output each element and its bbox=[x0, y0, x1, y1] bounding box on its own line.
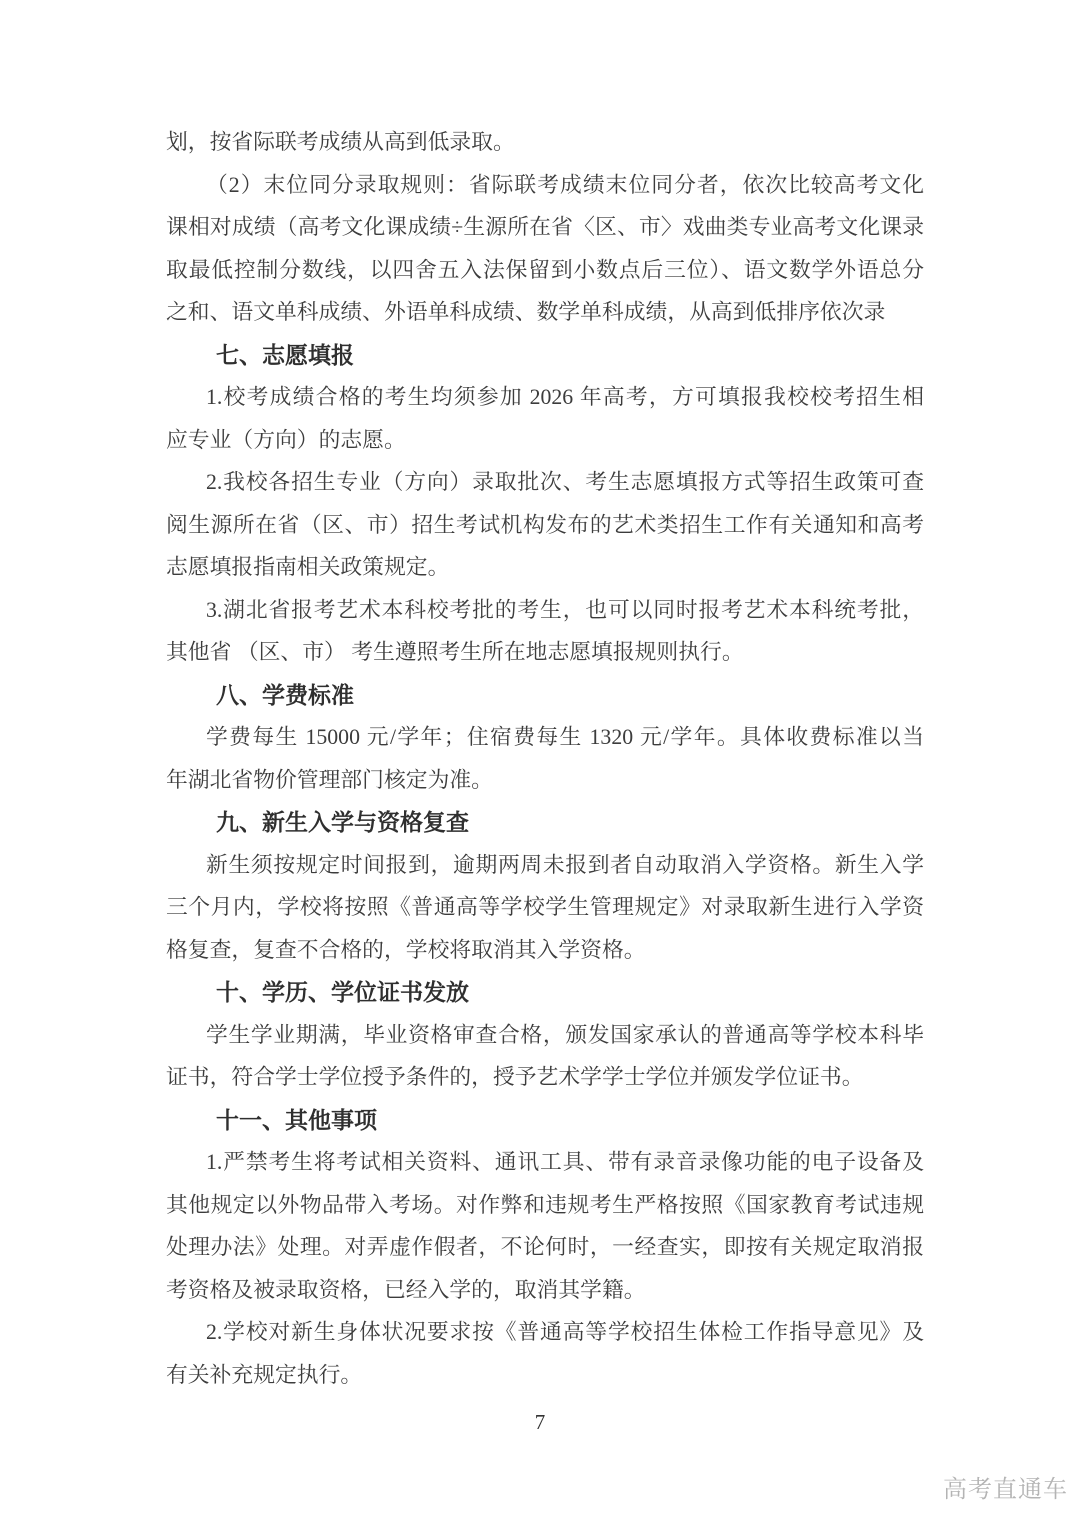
text-line: 取最低控制分数线，以四舍五入法保留到小数点后三位）、语文数学外语总分 bbox=[166, 249, 924, 292]
text-line: 证书，符合学士学位授予条件的，授予艺术学学士学位并颁发学位证书。 bbox=[166, 1056, 924, 1099]
text-line: 学生学业期满，毕业资格审查合格，颁发国家承认的普通高等学校本科毕业 bbox=[166, 1014, 924, 1057]
text-line: 格复查，复查不合格的，学校将取消其入学资格。 bbox=[166, 929, 924, 972]
text-line: （2）末位同分录取规则：省际联考成绩末位同分者，依次比较高考文化 bbox=[166, 164, 924, 207]
section-heading: 七、志愿填报 bbox=[166, 334, 924, 377]
text-line: 处理办法》处理。对弄虚作假者，不论何时，一经查实，即按有关规定取消报 bbox=[166, 1226, 924, 1269]
text-line: 新生须按规定时间报到，逾期两周未报到者自动取消入学资格。新生入学 bbox=[166, 844, 924, 887]
section-heading: 九、新生入学与资格复查 bbox=[166, 801, 924, 844]
text-line: 1.校考成绩合格的考生均须参加 2026 年高考，方可填报我校校考招生相 bbox=[166, 376, 924, 419]
page-number: 7 bbox=[0, 1406, 1080, 1438]
text-line: 之和、语文单科成绩、外语单科成绩、数学单科成绩，从高到低排序依次录取。 bbox=[166, 291, 924, 334]
text-line: 志愿填报指南相关政策规定。 bbox=[166, 546, 924, 589]
text-line: 2.我校各招生专业（方向）录取批次、考生志愿填报方式等招生政策可查 bbox=[166, 461, 924, 504]
text-line: 考资格及被录取资格，已经入学的，取消其学籍。 bbox=[166, 1269, 924, 1312]
section-heading: 八、学费标准 bbox=[166, 674, 924, 717]
text-line: 有关补充规定执行。 bbox=[166, 1354, 924, 1397]
text-line: 年湖北省物价管理部门核定为准。 bbox=[166, 759, 924, 802]
text-line: 划，按省际联考成绩从高到低录取。 bbox=[166, 121, 924, 164]
section-heading: 十一、其他事项 bbox=[166, 1099, 924, 1142]
text-line: 其他省 （区、市） 考生遵照考生所在地志愿填报规则执行。 bbox=[166, 631, 924, 674]
document-content: 划，按省际联考成绩从高到低录取。（2）末位同分录取规则：省际联考成绩末位同分者，… bbox=[166, 121, 924, 1396]
text-line: 阅生源所在省（区、市）招生考试机构发布的艺术类招生工作有关通知和高考 bbox=[166, 504, 924, 547]
section-heading: 十、学历、学位证书发放 bbox=[166, 971, 924, 1014]
text-line: 2.学校对新生身体状况要求按《普通高等学校招生体检工作指导意见》及 bbox=[166, 1311, 924, 1354]
document-page: 划，按省际联考成绩从高到低录取。（2）末位同分录取规则：省际联考成绩末位同分者，… bbox=[0, 0, 1080, 1528]
text-line: 三个月内，学校将按照《普通高等学校学生管理规定》对录取新生进行入学资 bbox=[166, 886, 924, 929]
text-line: 应专业（方向）的志愿。 bbox=[166, 419, 924, 462]
text-line: 1.严禁考生将考试相关资料、通讯工具、带有录音录像功能的电子设备及 bbox=[166, 1141, 924, 1184]
text-line: 其他规定以外物品带入考场。对作弊和违规考生严格按照《国家教育考试违规 bbox=[166, 1184, 924, 1227]
watermark-text: 高考直通车 bbox=[943, 1475, 1068, 1505]
text-line: 课相对成绩（高考文化课成绩÷生源所在省〈区、市〉戏曲类专业高考文化课录 bbox=[166, 206, 924, 249]
text-line: 3.湖北省报考艺术本科校考批的考生，也可以同时报考艺术本科统考批， bbox=[166, 589, 924, 632]
text-line: 学费每生 15000 元/学年；住宿费每生 1320 元/学年。具体收费标准以当 bbox=[166, 716, 924, 759]
